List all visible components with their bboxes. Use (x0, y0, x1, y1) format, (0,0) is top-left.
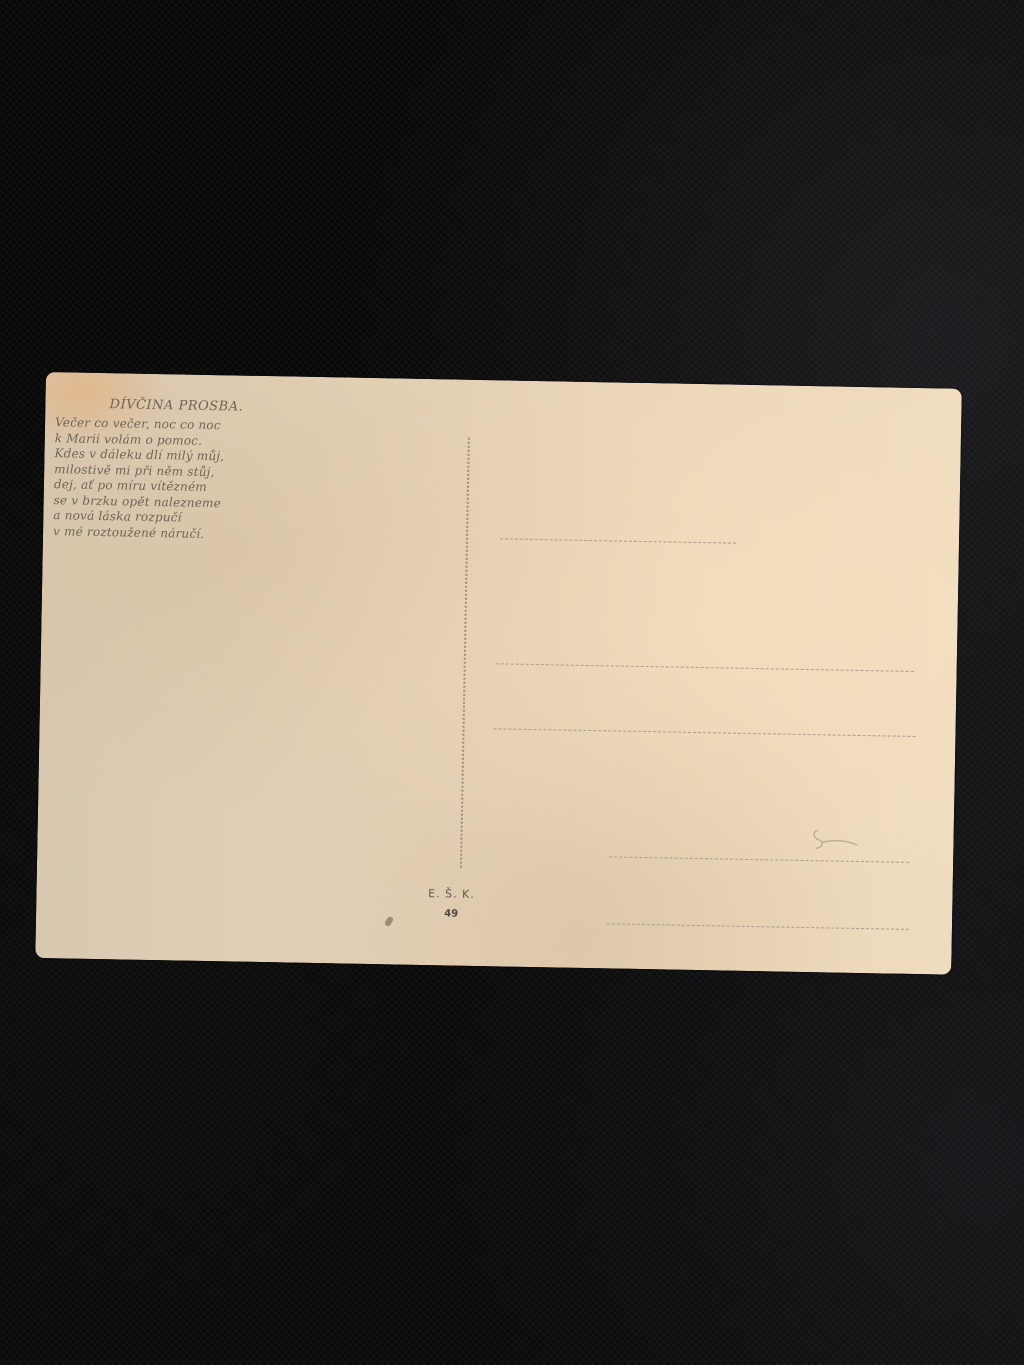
poem-block: DÍVČINA PROSBA. Večer co večer, noc co n… (53, 396, 286, 543)
address-line (496, 663, 914, 672)
pencil-mark-icon (807, 826, 868, 857)
ink-smudge (384, 916, 394, 928)
address-line (494, 728, 916, 737)
address-line (607, 923, 909, 930)
center-divider-line (460, 438, 470, 868)
publisher-imprint: E. Š. K. 49 (421, 887, 482, 920)
poem-line: v mé roztoužené náručí. (53, 524, 283, 544)
publisher-number: 49 (421, 908, 481, 920)
photo-scene: DÍVČINA PROSBA. Večer co večer, noc co n… (0, 0, 1024, 1365)
address-line (500, 538, 736, 543)
postcard-back: DÍVČINA PROSBA. Večer co večer, noc co n… (35, 372, 962, 975)
poem-title: DÍVČINA PROSBA. (55, 396, 285, 415)
publisher-mark: E. Š. K. (421, 887, 481, 901)
address-line (609, 856, 909, 862)
